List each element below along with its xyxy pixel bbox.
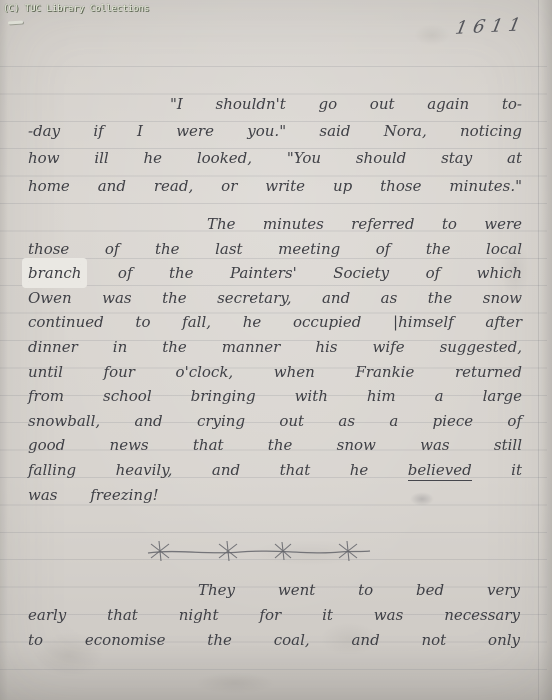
handwritten-line: -day if I were you." said Nora, noticing — [28, 118, 522, 145]
watermark-dash — [8, 20, 23, 24]
handwritten-line: from school bringing with him a large — [28, 384, 522, 409]
handwritten-line: falling heavily, and that he believed it — [28, 458, 522, 483]
handwritten-line: good news that the snow was still — [28, 433, 522, 458]
handwritten-line: to economise the coal, and not only — [28, 628, 520, 653]
section-divider — [140, 534, 376, 568]
handwritten-line: They went to bed very — [28, 578, 520, 603]
handwritten-line: early that night for it was necessary — [28, 603, 520, 628]
page-edge-shadow-left — [0, 0, 8, 700]
page-edge-shadow-right — [540, 0, 552, 700]
handwritten-line: continued to fall, he occupied |himself … — [28, 310, 522, 335]
handwritten-line: branch of the Painters' Society of which — [28, 261, 522, 286]
handwritten-line: The minutes referred to were — [28, 212, 522, 237]
page-number: 1611 — [454, 14, 529, 39]
right-margin-line — [538, 0, 539, 700]
handwritten-line: those of the last meeting of the local — [28, 237, 522, 262]
handwritten-line: "I shouldn't go out again to- — [28, 91, 522, 118]
manuscript-photo: (C) TUC Library Collections 1611 "I shou… — [0, 0, 552, 700]
paragraph: The minutes referred to werethose of the… — [28, 212, 522, 507]
handwritten-line: snowball, and crying out as a piece of — [28, 409, 522, 434]
handwritten-line: Owen was the secretary, and as the snow — [28, 286, 522, 311]
handwritten-line: was freezing! — [28, 483, 522, 508]
paragraph: "I shouldn't go out again to--day if I w… — [28, 91, 522, 200]
handwritten-line: how ill he looked, "You should stay at — [28, 145, 522, 172]
library-watermark: (C) TUC Library Collections — [3, 4, 149, 14]
correction-patch: branch — [28, 264, 81, 282]
paragraph: They went to bed veryearly that night fo… — [28, 578, 520, 653]
manuscript-page: (C) TUC Library Collections 1611 "I shou… — [0, 0, 552, 700]
underlined-word: believed — [408, 461, 472, 481]
handwritten-line: dinner in the manner his wife suggested, — [28, 335, 522, 360]
handwritten-line: until four o'clock, when Frankie returne… — [28, 360, 522, 385]
handwritten-line: home and read, or write up those minutes… — [28, 173, 522, 200]
